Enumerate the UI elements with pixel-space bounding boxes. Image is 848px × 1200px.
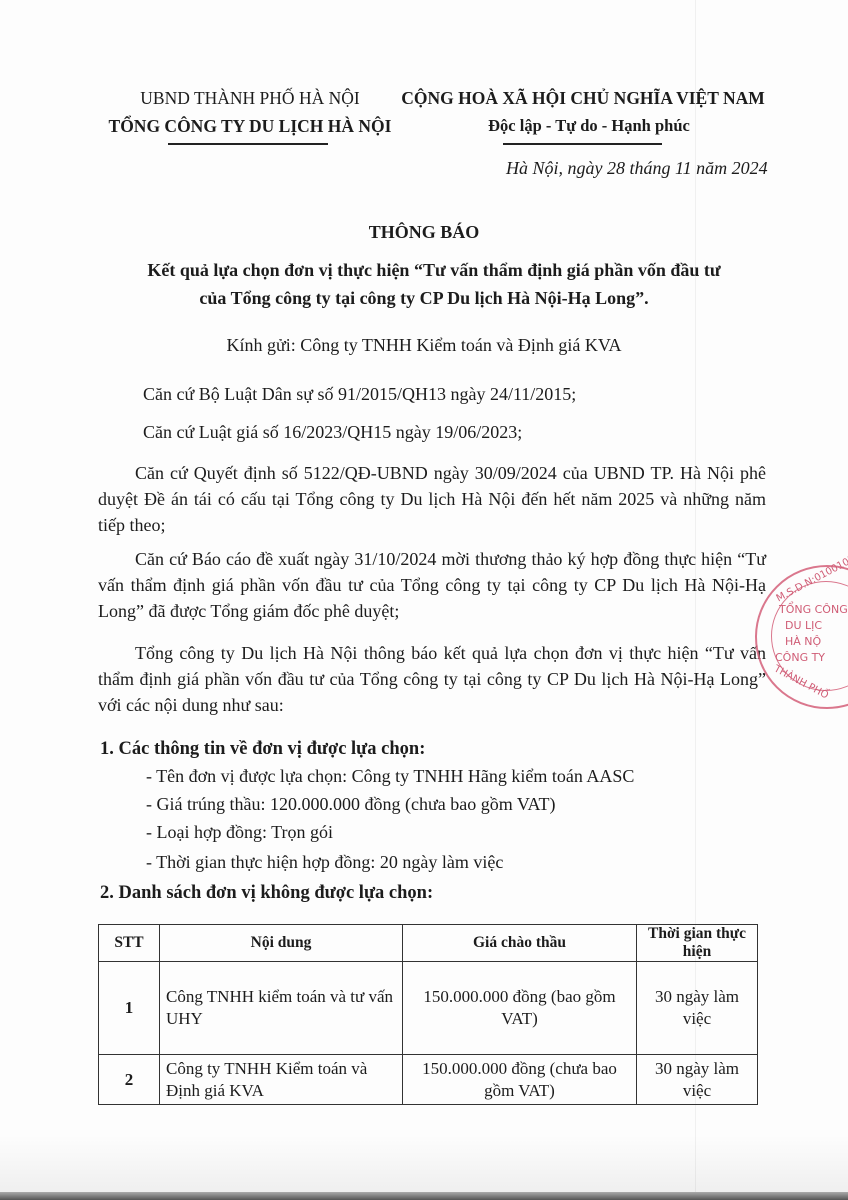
subject-line-1: Kết quả lựa chọn đơn vị thực hiện “Tư vấ… [100, 260, 768, 281]
unselected-units-table: STT Nội dung Giá chào thầu Thời gian thự… [98, 924, 758, 1105]
issuing-organization: TỔNG CÔNG TY DU LỊCH HÀ NỘI [100, 116, 400, 137]
cell-stt: 1 [99, 962, 160, 1055]
issuing-authority: UBND THÀNH PHỐ HÀ NỘI [100, 88, 400, 109]
cell-duration: 30 ngày làm việc [637, 1055, 758, 1105]
legal-basis-4: Căn cứ Báo cáo đề xuất ngày 31/10/2024 m… [98, 546, 766, 624]
announcement-text: Tổng công ty Du lịch Hà Nội thông báo kế… [98, 643, 766, 715]
legal-basis-4-text: Căn cứ Báo cáo đề xuất ngày 31/10/2024 m… [98, 549, 766, 621]
section-2-heading: 2. Danh sách đơn vị không được lựa chọn: [100, 883, 433, 904]
legal-basis-3: Căn cứ Quyết định số 5122/QĐ-UBND ngày 3… [98, 460, 766, 538]
contract-duration: - Thời gian thực hiện hợp đồng: 20 ngày … [146, 852, 503, 873]
cell-content: Công ty TNHH Kiểm toán và Định giá KVA [160, 1055, 403, 1105]
cell-bid-price: 150.000.000 đồng (bao gồm VAT) [403, 962, 637, 1055]
announcement: Tổng công ty Du lịch Hà Nội thông báo kế… [98, 640, 766, 718]
winning-bid-price: - Giá trúng thầu: 120.000.000 đồng (chưa… [146, 794, 556, 815]
col-header-stt: STT [99, 925, 160, 962]
company-seal-stamp: M.S.D.N:0100107508 TỔNG CÔNG DU LỊC HÀ N… [755, 565, 848, 709]
subject-line-2: của Tổng công ty tại công ty CP Du lịch … [100, 288, 748, 309]
col-header-content: Nội dung [160, 925, 403, 962]
cell-bid-price: 150.000.000 đồng (chưa bao gồm VAT) [403, 1055, 637, 1105]
table-header-row: STT Nội dung Giá chào thầu Thời gian thự… [99, 925, 758, 962]
legal-basis-3-text: Căn cứ Quyết định số 5122/QĐ-UBND ngày 3… [98, 463, 766, 535]
cell-content: Công TNHH kiểm toán và tư vấn UHY [160, 962, 403, 1055]
stamp-line-3: HÀ NỘ [785, 635, 821, 648]
cell-stt: 2 [99, 1055, 160, 1105]
document-date: Hà Nội, ngày 28 tháng 11 năm 2024 [506, 158, 768, 179]
col-header-bid-price: Giá chào thầu [403, 925, 637, 962]
legal-basis-1: Căn cứ Bộ Luật Dân sự số 91/2015/QH13 ng… [143, 384, 576, 405]
section-1-heading: 1. Các thông tin về đơn vị được lựa chọn… [100, 739, 425, 760]
table-row: 1 Công TNHH kiểm toán và tư vấn UHY 150.… [99, 962, 758, 1055]
selected-unit-name: - Tên đơn vị được lựa chọn: Công ty TNHH… [146, 766, 634, 787]
col-header-duration: Thời gian thực hiện [637, 925, 758, 962]
recipient: Kính gửi: Công ty TNHH Kiểm toán và Định… [100, 335, 748, 356]
scan-bottom-edge [0, 1192, 848, 1200]
scan-shadow [0, 1135, 848, 1195]
contract-type: - Loại hợp đồng: Trọn gói [146, 822, 333, 843]
document-title: THÔNG BÁO [100, 222, 748, 243]
national-motto: Độc lập - Tự do - Hạnh phúc [406, 116, 772, 136]
table-row: 2 Công ty TNHH Kiểm toán và Định giá KVA… [99, 1055, 758, 1105]
national-title: CỘNG HOÀ XÃ HỘI CHỦ NGHĨA VIỆT NAM [400, 88, 766, 109]
stamp-line-1: TỔNG CÔNG [779, 603, 848, 616]
legal-basis-2: Căn cứ Luật giá số 16/2023/QH15 ngày 19/… [143, 422, 522, 443]
motto-underline [503, 143, 662, 145]
cell-duration: 30 ngày làm việc [637, 962, 758, 1055]
org-underline [168, 143, 328, 145]
stamp-line-2: DU LỊC [785, 619, 822, 632]
stamp-line-4: CÔNG TY [775, 651, 825, 664]
